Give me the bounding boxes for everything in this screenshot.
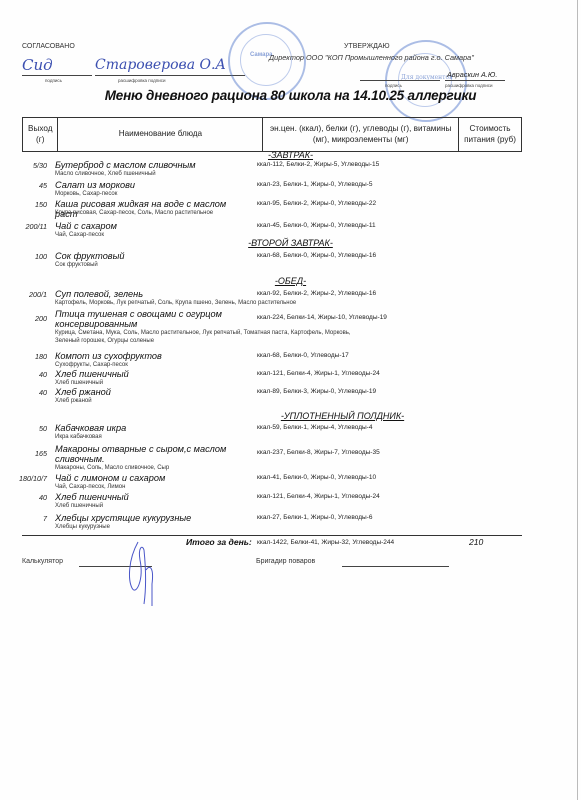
approve-label: УТВЕРЖДАЮ — [344, 43, 390, 50]
agreed-signature-caption: подпись — [45, 78, 62, 83]
item-yield: 5/30 — [0, 161, 47, 170]
item-ingredients: Крупа рисовая, Сахар-песок, Соль, Масло … — [55, 210, 255, 218]
item-name: Бутерброд с маслом сливочным — [55, 160, 250, 170]
item-yield: 40 — [0, 388, 47, 397]
totals-label: Итого за день: — [186, 537, 252, 547]
item-yield: 165 — [0, 449, 47, 458]
item-name: Хлеб пшеничный — [55, 492, 250, 502]
item-yield: 200/1 — [0, 290, 47, 299]
item-name: Суп полевой, зелень — [55, 289, 250, 299]
agreed-label: СОГЛАСОВАНО — [22, 43, 75, 50]
section-title: -УПЛОТНЕННЫЙ ПОЛДНИК- — [52, 411, 581, 421]
item-name: Компот из сухофруктов — [55, 351, 250, 361]
item-name: Хлеб ржаной — [55, 387, 250, 397]
item-ingredients: Сок фруктовый — [55, 262, 255, 270]
section-title: -ЗАВТРАК- — [0, 150, 581, 160]
item-name: Кабачковая икра — [55, 423, 250, 433]
col-cost-header: Стоимость питания (руб) — [459, 118, 522, 152]
item-name: Сок фруктовый — [55, 251, 250, 261]
item-name: Хлеб пшеничный — [55, 369, 250, 379]
col-name-header: Наименование блюда — [58, 118, 263, 152]
item-name: Птица тушеная с овощами с огурцом консер… — [55, 309, 250, 329]
calculator-signature — [120, 540, 160, 620]
approve-name-line — [445, 80, 505, 81]
item-nutrition: ккал-121, Белки-4, Жиры-1, Углеводы-24 — [257, 370, 380, 377]
item-ingredients: Макароны, Соль, Масло сливочное, Сыр — [55, 465, 255, 473]
item-nutrition: ккал-89, Белки-3, Жиры-0, Углеводы-19 — [257, 388, 376, 395]
calculator-label: Калькулятор — [22, 558, 63, 565]
item-ingredients: Масло сливочное, Хлеб пшеничный — [55, 171, 255, 179]
item-yield: 180 — [0, 352, 47, 361]
item-yield: 50 — [0, 424, 47, 433]
item-nutrition: ккал-224, Белки-14, Жиры-10, Углеводы-19 — [257, 314, 387, 321]
totals-nutrition: ккал-1422, Белки-41, Жиры-32, Углеводы-2… — [257, 539, 394, 546]
totals-cost: 210 — [469, 537, 483, 547]
item-nutrition: ккал-45, Белки-0, Жиры-0, Углеводы-11 — [257, 222, 376, 229]
item-nutrition: ккал-121, Белки-4, Жиры-1, Углеводы-24 — [257, 493, 380, 500]
item-yield: 40 — [0, 493, 47, 502]
chef-label: Бригадир поваров — [256, 558, 315, 565]
agreed-signature: Сид — [22, 56, 53, 74]
item-nutrition: ккал-41, Белки-0, Жиры-0, Углеводы-10 — [257, 474, 376, 481]
item-yield: 45 — [0, 181, 47, 190]
item-yield: 200/11 — [0, 222, 47, 231]
item-nutrition: ккал-237, Белки-8, Жиры-7, Углеводы-35 — [257, 449, 380, 456]
item-nutrition: ккал-27, Белки-1, Жиры-0, Углеводы-6 — [257, 514, 372, 521]
menu-table-header: Выход (г) Наименование блюда эн.цен. (кк… — [22, 117, 522, 152]
item-nutrition: ккал-68, Белки-0, Жиры-0, Углеводы-16 — [257, 252, 376, 259]
item-yield: 150 — [0, 200, 47, 209]
item-nutrition: ккал-112, Белки-2, Жиры-5, Углеводы-15 — [257, 161, 379, 168]
item-name: Хлебцы хрустящие кукурузные — [55, 513, 250, 523]
section-title: -ОБЕД- — [0, 276, 581, 286]
item-nutrition: ккал-23, Белки-1, Жиры-0, Углеводы-5 — [257, 181, 372, 188]
approve-name: Авраскин А.Ю. — [447, 70, 497, 79]
item-ingredients: Картофель, Морковь, Лук репчатый, Соль, … — [55, 300, 355, 308]
item-yield: 200 — [0, 314, 47, 323]
item-nutrition: ккал-68, Белки-0, Углеводы-17 — [257, 352, 349, 359]
item-ingredients: Хлебцы кукурузные — [55, 524, 255, 532]
section-title: -ВТОРОЙ ЗАВТРАК- — [0, 238, 581, 248]
page-edge — [577, 0, 578, 800]
item-nutrition: ккал-92, Белки-2, Жиры-2, Углеводы-16 — [257, 290, 376, 297]
item-name: Салат из моркови — [55, 180, 250, 190]
item-name: Чай с лимоном и сахаром — [55, 473, 250, 483]
chef-signature-line — [342, 566, 449, 567]
agreed-signature-line — [22, 75, 92, 76]
agreed-name-line — [95, 75, 245, 76]
item-yield: 100 — [0, 252, 47, 261]
item-nutrition: ккал-95, Белки-2, Жиры-0, Углеводы-22 — [257, 200, 376, 207]
item-yield: 7 — [0, 514, 47, 523]
item-ingredients: Икра кабачковая — [55, 434, 255, 442]
item-ingredients: Чай, Сахар-песок, Лимон — [55, 484, 255, 492]
col-nutrition-header: эн.цен. (ккал), белки (г), углеводы (г),… — [263, 118, 459, 152]
item-yield: 40 — [0, 370, 47, 379]
item-name: Макароны отварные с сыром,с маслом сливо… — [55, 444, 250, 464]
item-name: Чай с сахаром — [55, 221, 250, 231]
item-yield: 180/10/7 — [0, 474, 47, 483]
item-ingredients: Курица, Сметана, Мука, Соль, Масло расти… — [55, 330, 355, 345]
agreed-name-caption: расшифровка подписи — [118, 78, 165, 83]
item-nutrition: ккал-59, Белки-1, Жиры-4, Углеводы-4 — [257, 424, 372, 431]
item-ingredients: Морковь, Сахар-песок — [55, 191, 255, 199]
agreed-name-handwritten: Сmaроверова О.А — [95, 57, 226, 73]
approve-position: Директор ООО "КОП Промышленного района г… — [269, 53, 474, 62]
item-ingredients: Хлеб пшеничный — [55, 503, 255, 511]
col-yield-header: Выход (г) — [23, 118, 58, 152]
item-ingredients: Хлеб ржаной — [55, 398, 255, 406]
page-title: Меню дневного рациона 80 школа на 14.10.… — [0, 88, 581, 103]
totals-divider — [22, 535, 522, 536]
approve-signature-line — [360, 80, 440, 81]
